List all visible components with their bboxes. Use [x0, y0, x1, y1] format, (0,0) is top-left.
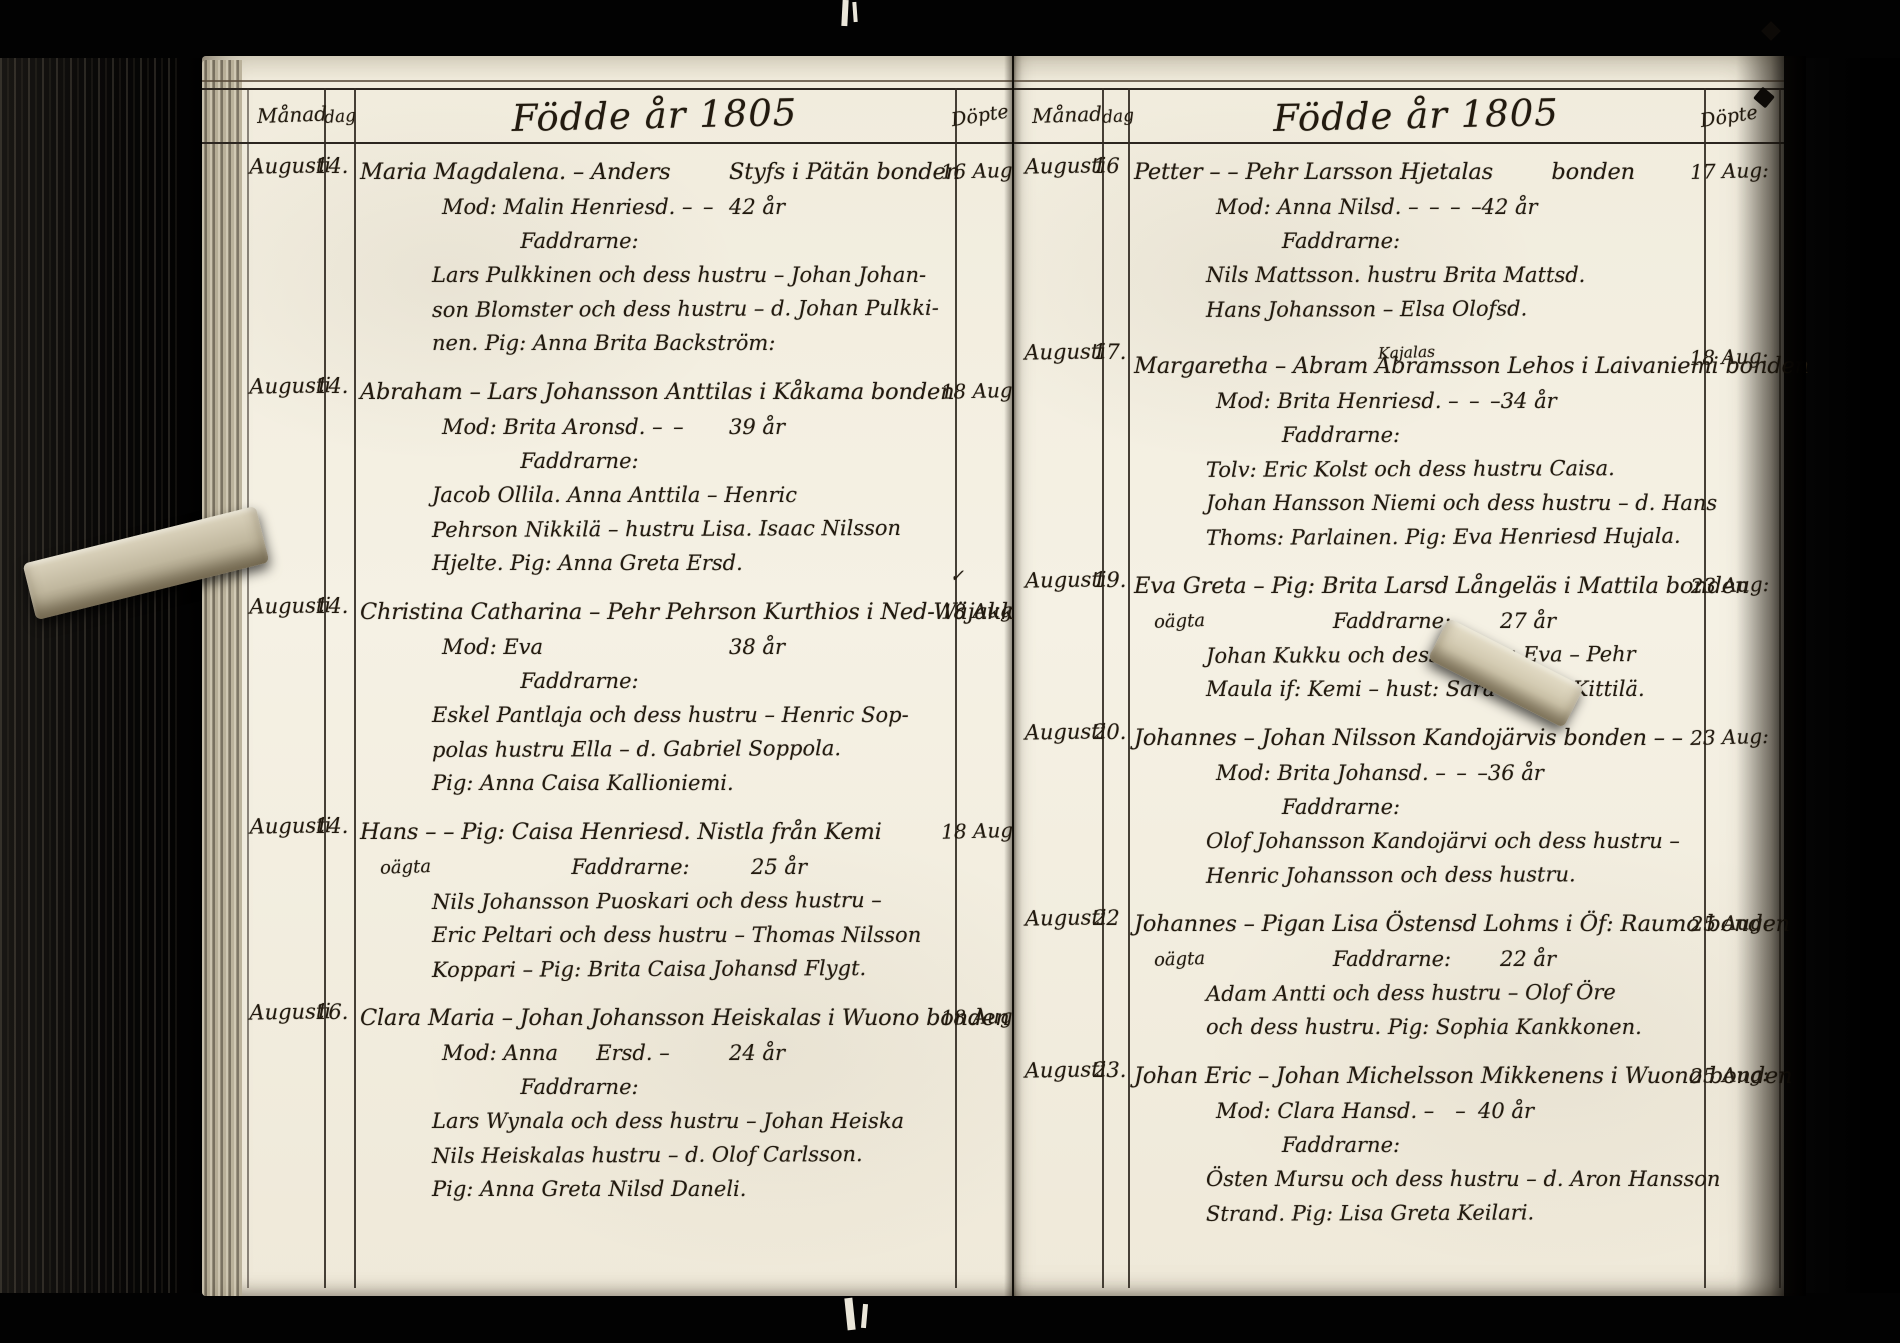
witness-line: Nils Mattsson. hustru Brita Mattsd. [1128, 258, 1704, 292]
entry-first-line: Clara Maria – Johan Johansson Heiskalas … [354, 1000, 955, 1036]
entries-list: Augusti16Petter – – Pehr Larsson Hjetala… [1014, 144, 1784, 1244]
witness-line: Thoms: Parlainen. Pig: Eva Henriesd Huja… [1128, 519, 1704, 556]
witness-line: Östen Mursu och dess hustru – d. Aron Ha… [1128, 1162, 1704, 1196]
baptized-date: ✓18 Aug [940, 593, 1005, 801]
page-title: Födde år 1805 [354, 87, 956, 143]
register-entry: Augusti20.Johannes – Johan Nilsson Kando… [1022, 720, 1784, 892]
header-day-label: dag [1101, 106, 1128, 128]
header-baptized-label: Döpte [950, 100, 1013, 131]
witnesses-heading: Faddrarne: [354, 444, 955, 478]
illegitimate-note: oägta [1127, 939, 1284, 978]
entry-main: Christina Catharina – Pehr Pehrson Kurth… [354, 594, 955, 800]
entry-day: 20. [1093, 720, 1119, 892]
entry-main: Hans – – Pig: Caisa Henriesd. Nistla frå… [354, 814, 955, 986]
entry-age: 42 år [729, 190, 785, 224]
entry-age: 27 år [1500, 604, 1556, 638]
witness-line: Henric Johansson och dess hustru. [1128, 857, 1704, 894]
entry-month: Augusti [1021, 905, 1103, 1044]
entry-age: 38 år [729, 630, 785, 664]
witness-line: Adam Antti och dess hustru – Olof Öre [1128, 975, 1704, 1012]
witness-line: polas hustru Ella – d. Gabriel Soppola. [354, 731, 955, 768]
ruled-line [202, 80, 1012, 82]
register-entry: Augusti23.Johan Eric – Johan Michelsson … [1022, 1058, 1784, 1230]
register-entry: Augusti19.Eva Greta – Pig: Brita Larsd L… [1022, 568, 1784, 706]
entry-mother-row: Mod: Brita Aronsd. – –39 år [354, 410, 955, 444]
witnesses-heading: Faddrarne: [1128, 224, 1704, 258]
baptized-date-text: 18 Aug [940, 598, 1013, 624]
header-month-label: Månad [247, 102, 325, 129]
entry-mother: Mod: Anna Nilsd. – – – – [1216, 190, 1482, 224]
entry-age: 24 år [729, 1036, 785, 1070]
header-month-label: Månad [1022, 102, 1103, 129]
register-entry: Augusti22Johannes – Pigan Lisa Östensd L… [1022, 906, 1784, 1044]
table-header: Månad dag Födde år 1805 Döpte [1014, 88, 1784, 142]
register-photo: Månad dag Födde år 1805 Döpte Augusti14.… [0, 0, 1900, 1343]
baptized-date: 18 Aug [941, 813, 1005, 987]
register-entry: Augusti17.KajalasMargaretha – Abram Abra… [1022, 340, 1784, 554]
witness-line: Eric Peltari och dess hustru – Thomas Ni… [354, 918, 955, 952]
entries-list: Augusti14.Maria Magdalena. – Anders Styf… [202, 144, 1012, 1220]
entry-day: 22 [1093, 906, 1119, 1044]
register-entry: Augusti14.Christina Catharina – Pehr Peh… [247, 594, 1012, 800]
baptized-date-text: 18 Aug [940, 1004, 1013, 1030]
witness-line: Eskel Pantlaja och dess hustru – Henric … [354, 698, 955, 732]
witness-line: Lars Wynala och dess hustru – Johan Heis… [354, 1104, 955, 1138]
witness-line: Hans Johansson – Elsa Olofsd. [1128, 291, 1704, 328]
page-title: Födde år 1805 [1128, 87, 1705, 142]
entry-main: KajalasMargaretha – Abram Abramsson Leho… [1128, 340, 1704, 554]
entry-main: Petter – – Pehr Larsson Hjetalas bondenM… [1128, 154, 1704, 326]
entry-mother: Mod: Malin Henriesd. – – [442, 190, 714, 224]
photo-right-margin [1790, 0, 1900, 1343]
entry-main: Johannes – Pigan Lisa Östensd Lohms i Öf… [1128, 906, 1704, 1044]
entry-day: 19. [1093, 568, 1119, 706]
witness-line: Pig: Anna Caisa Kallioniemi. [354, 766, 955, 800]
entry-mother-row: Mod: Malin Henriesd. – –42 år [354, 190, 955, 224]
entry-age: 40 år [1478, 1094, 1534, 1128]
entry-day: 14. [315, 814, 345, 986]
entry-first-line: Christina Catharina – Pehr Pehrson Kurth… [354, 594, 955, 630]
entry-mother-row: Mod: Eva38 år [354, 630, 955, 664]
photo-top-margin [0, 0, 1900, 58]
witness-line: Tolv: Eric Kolst och dess hustru Caisa. [1128, 451, 1704, 488]
witness-line: Johan Kukku och dess hustru Eva – Pehr [1128, 637, 1704, 674]
entry-month: Augusti [1021, 153, 1104, 326]
entry-day: 16 [1093, 154, 1119, 326]
witnesses-heading: Faddrarne: [1128, 418, 1704, 452]
entry-mother-row: Mod: Anna Nilsd. – – – –42 år [1128, 190, 1704, 224]
entry-note-row: oägtaFaddrarne:27 år [1128, 604, 1704, 638]
entry-age: 36 år [1488, 756, 1544, 790]
entry-day: 16. [315, 1000, 345, 1206]
entry-mother: Mod: Eva [442, 630, 543, 664]
witness-line: Nils Heiskalas hustru – d. Olof Carlsson… [354, 1137, 955, 1174]
witness-line: nen. Pig: Anna Brita Backström: [354, 326, 955, 360]
witness-line: Jacob Ollila. Anna Anttila – Henric [354, 478, 955, 512]
register-entry: Augusti14.Hans – – Pig: Caisa Henriesd. … [247, 814, 1012, 986]
entry-mother: Mod: Anna Ersd. – [442, 1036, 670, 1070]
entry-first-line: Abraham – Lars Johansson Anttilas i Kåka… [354, 374, 955, 410]
entry-month: Augusti [1021, 567, 1103, 706]
entry-mother: Mod: Brita Johansd. – – – [1216, 756, 1488, 790]
entry-day: 14. [315, 154, 345, 360]
entry-month: Augusti [245, 593, 326, 800]
witness-line: Strand. Pig: Lisa Greta Keilari. [1128, 1195, 1704, 1232]
entry-age: 42 år [1482, 190, 1538, 224]
witness-line: Pehrson Nikkilä – hustru Lisa. Isaac Nil… [354, 511, 955, 548]
illegitimate-note: oägta [1127, 601, 1284, 640]
entry-note-row: oägtaFaddrarne:25 år [354, 850, 955, 884]
entry-main: Johan Eric – Johan Michelsson Mikkenens … [1128, 1058, 1704, 1230]
entry-day: 14. [315, 594, 345, 800]
witness-line: Johan Hansson Niemi och dess hustru – d.… [1128, 486, 1704, 520]
entry-main: Clara Maria – Johan Johansson Heiskalas … [354, 1000, 955, 1206]
left-page: Månad dag Födde år 1805 Döpte Augusti14.… [202, 56, 1012, 1296]
witness-line: och dess hustru. Pig: Sophia Kankkonen. [1128, 1010, 1704, 1044]
entry-mother-row: Mod: Brita Henriesd. – – –34 år [1128, 384, 1704, 418]
entry-month: Augusti [1020, 339, 1104, 554]
witnesses-heading: Faddrarne: [354, 664, 955, 698]
register-entry: Augusti16Petter – – Pehr Larsson Hjetala… [1022, 154, 1784, 326]
register-entry: Augusti16.Clara Maria – Johan Johansson … [247, 1000, 1012, 1206]
baptized-date: 18 Aug: [940, 373, 1005, 581]
entry-first-line: Johannes – Johan Nilsson Kandojärvis bon… [1128, 720, 1704, 756]
entry-age: 39 år [729, 410, 785, 444]
witness-line: Lars Pulkkinen och dess hustru – Johan J… [354, 258, 955, 292]
entry-first-line: Eva Greta – Pig: Brita Larsd Långeläs i … [1128, 568, 1704, 604]
entry-month: Augusti [245, 999, 326, 1206]
witnesses-heading: Faddrarne: [354, 224, 955, 258]
witnesses-heading: Faddrarne: [354, 1070, 955, 1104]
entry-month: Augusti [1021, 719, 1104, 892]
baptized-date-text: 18 Aug [941, 818, 1014, 844]
entry-first-line: Johannes – Pigan Lisa Östensd Lohms i Öf… [1128, 906, 1704, 942]
right-page: Månad dag Födde år 1805 Döpte Augusti16P… [1014, 56, 1784, 1296]
entry-main: Maria Magdalena. – Anders Styfs i Pätän … [354, 154, 955, 360]
entry-mother: Mod: Brita Henriesd. – – – [1216, 384, 1501, 418]
baptized-date: 16 Aug: [940, 153, 1005, 361]
entry-first-line: Petter – – Pehr Larsson Hjetalas bonden [1128, 154, 1704, 190]
table-header: Månad dag Födde år 1805 Döpte [202, 88, 1012, 142]
entry-age: 25 år [751, 850, 807, 884]
entry-day: 17. [1093, 340, 1119, 554]
entry-note-row: oägtaFaddrarne:22 år [1128, 942, 1704, 976]
page-curl-shadow [1736, 56, 1806, 1296]
witness-line: Pig: Anna Greta Nilsd Daneli. [354, 1172, 955, 1206]
illegitimate-note: oägta [353, 847, 510, 886]
entry-main: Abraham – Lars Johansson Anttilas i Kåka… [354, 374, 955, 580]
entry-age: 34 år [1501, 384, 1557, 418]
entry-first-line: Johan Eric – Johan Michelsson Mikkenens … [1128, 1058, 1704, 1094]
entry-age: 22 år [1500, 942, 1556, 976]
entry-main: Johannes – Johan Nilsson Kandojärvis bon… [1128, 720, 1704, 892]
entry-first-line: Hans – – Pig: Caisa Henriesd. Nistla frå… [354, 814, 955, 850]
baptized-date: 18 Aug [940, 999, 1005, 1207]
witness-line: Hjelte. Pig: Anna Greta Ersd. [354, 546, 955, 580]
register-entry: Augusti14.Abraham – Lars Johansson Antti… [247, 374, 1012, 580]
entry-day: 14. [315, 374, 345, 580]
entry-mother-row: Mod: Clara Hansd. – –40 år [1128, 1094, 1704, 1128]
witnesses-heading: Faddrarne: [510, 850, 751, 884]
witness-line: Olof Johansson Kandojärvi och dess hustr… [1128, 824, 1704, 858]
entry-month: Augusti [245, 153, 326, 360]
witnesses-heading: Faddrarne: [1128, 1128, 1704, 1162]
witnesses-heading: Faddrarne: [1284, 942, 1500, 976]
witness-line: son Blomster och dess hustru – d. Johan … [354, 291, 955, 328]
entry-main: Eva Greta – Pig: Brita Larsd Långeläs i … [1128, 568, 1704, 706]
header-day-label: dag [323, 106, 354, 128]
entry-mother: Mod: Clara Hansd. – – [1216, 1094, 1466, 1128]
entry-month: Augusti [1021, 1057, 1104, 1230]
entry-mother-row: Mod: Anna Ersd. –24 år [354, 1036, 955, 1070]
page-edge-streaks [0, 30, 180, 1315]
entry-mother-row: Mod: Brita Johansd. – – –36 år [1128, 756, 1704, 790]
witness-line: Nils Johansson Puoskari och dess hustru … [354, 883, 955, 920]
ruled-line [1014, 80, 1784, 82]
register-entry: Augusti14.Maria Magdalena. – Anders Styf… [247, 154, 1012, 360]
check-mark: ✓ [950, 566, 965, 586]
entry-first-line: Maria Magdalena. – Anders Styfs i Pätän … [354, 154, 955, 190]
witness-line: Maula if: Kemi – hust: Sara Brona Kittil… [1128, 672, 1704, 706]
witness-line: Koppari – Pig: Brita Caisa Johansd Flygt… [354, 951, 955, 988]
entry-month: Augusti [246, 813, 326, 986]
photo-bottom-margin [0, 1293, 1900, 1343]
entry-day: 23. [1093, 1058, 1119, 1230]
witnesses-heading: Faddrarne: [1128, 790, 1704, 824]
entry-mother: Mod: Brita Aronsd. – – [442, 410, 684, 444]
book-gutter-shadow [1004, 56, 1022, 1296]
